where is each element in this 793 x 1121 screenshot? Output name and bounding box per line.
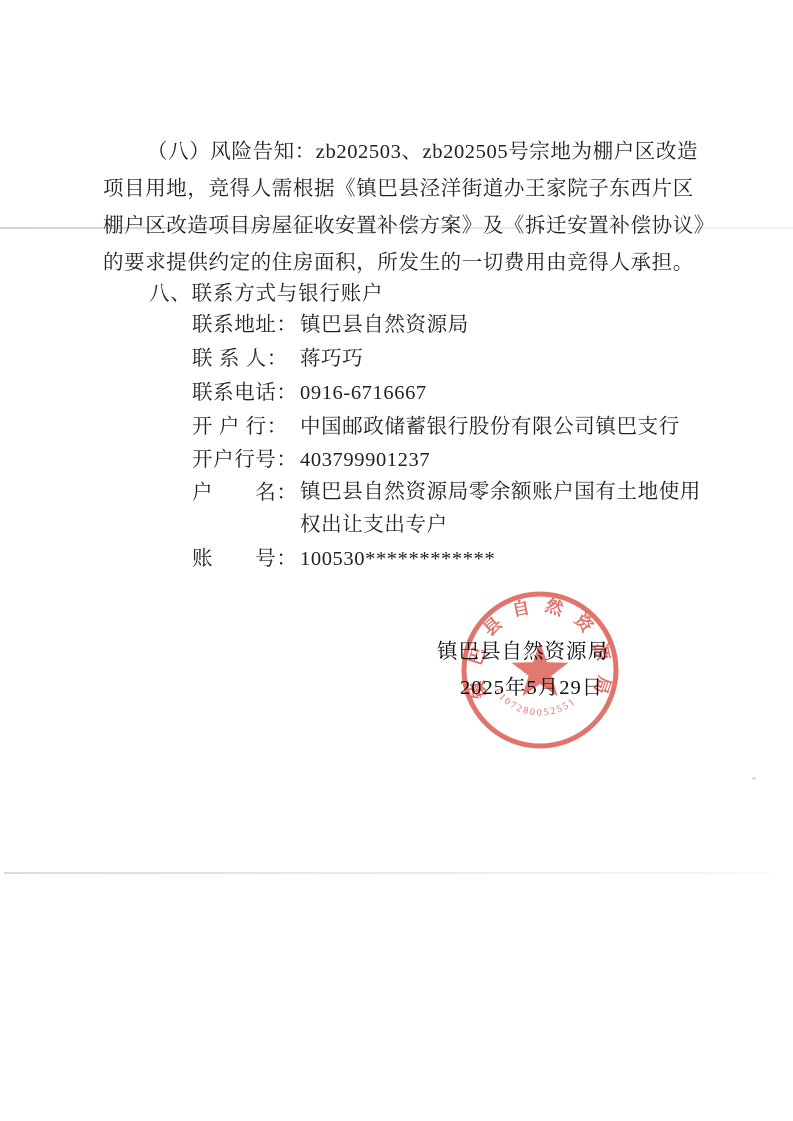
contact-label: 联系电话： <box>192 376 300 410</box>
contact-row-bank-number: 开户行号：403799901237 <box>192 443 430 477</box>
contact-value: 蒋巧巧 <box>300 342 363 376</box>
contact-value: 0916-6716667 <box>300 376 427 410</box>
contact-row-account-name: 户 名：镇巴县自然资源局零余额账户国有土地使用权出让支出专户 <box>192 476 701 542</box>
contact-label: 开 户 行： <box>192 410 300 444</box>
contact-value-line: 权出让支出专户 <box>300 509 701 542</box>
contact-value: 镇巴县自然资源局 <box>300 308 469 342</box>
risk-paragraph-line: 项目用地，竞得人需根据《镇巴县泾洋街道办王家院子东西片区 <box>103 171 693 208</box>
contact-value: 100530************ <box>300 542 495 576</box>
risk-paragraph-line: （八）风险告知：zb202503、zb202505号宗地为棚户区改造 <box>103 134 737 171</box>
contact-value: 中国邮政储蓄银行股份有限公司镇巴支行 <box>300 410 680 444</box>
scan-speck <box>752 777 756 780</box>
contact-value-line: 镇巴县自然资源局零余额账户国有土地使用 <box>300 476 701 509</box>
contact-label: 联 系 人： <box>192 342 300 376</box>
official-seal: 镇巴县自然资源局 6107280052551 <box>454 584 626 756</box>
contact-label: 户 名： <box>192 476 300 510</box>
section-heading: 八、联系方式与银行账户 <box>149 277 383 311</box>
scan-line-artifact-bottom <box>4 872 770 874</box>
contact-value: 403799901237 <box>300 443 430 477</box>
contact-row-address: 联系地址：镇巴县自然资源局 <box>192 308 469 342</box>
seal-code-container: 6107280052551 <box>492 687 579 719</box>
document-page: （八）风险告知：zb202503、zb202505号宗地为棚户区改造 项目用地，… <box>0 0 793 1121</box>
contact-label: 账 号： <box>192 542 300 576</box>
risk-paragraph-line: 棚户区改造项目房屋征收安置补偿方案》及《拆迁安置补偿协议》 <box>103 208 693 245</box>
contact-row-account-number: 账 号：100530************ <box>192 542 495 576</box>
seal-star-icon <box>512 642 569 696</box>
contact-value: 镇巴县自然资源局零余额账户国有土地使用权出让支出专户 <box>300 476 701 542</box>
contact-row-bank: 开 户 行：中国邮政储蓄银行股份有限公司镇巴支行 <box>192 410 680 444</box>
seal-code: 6107280052551 <box>492 687 579 719</box>
contact-row-phone: 联系电话：0916-6716667 <box>192 376 427 410</box>
contact-row-person: 联 系 人：蒋巧巧 <box>192 342 363 376</box>
contact-label: 开户行号： <box>192 443 300 477</box>
contact-label: 联系地址： <box>192 308 300 342</box>
